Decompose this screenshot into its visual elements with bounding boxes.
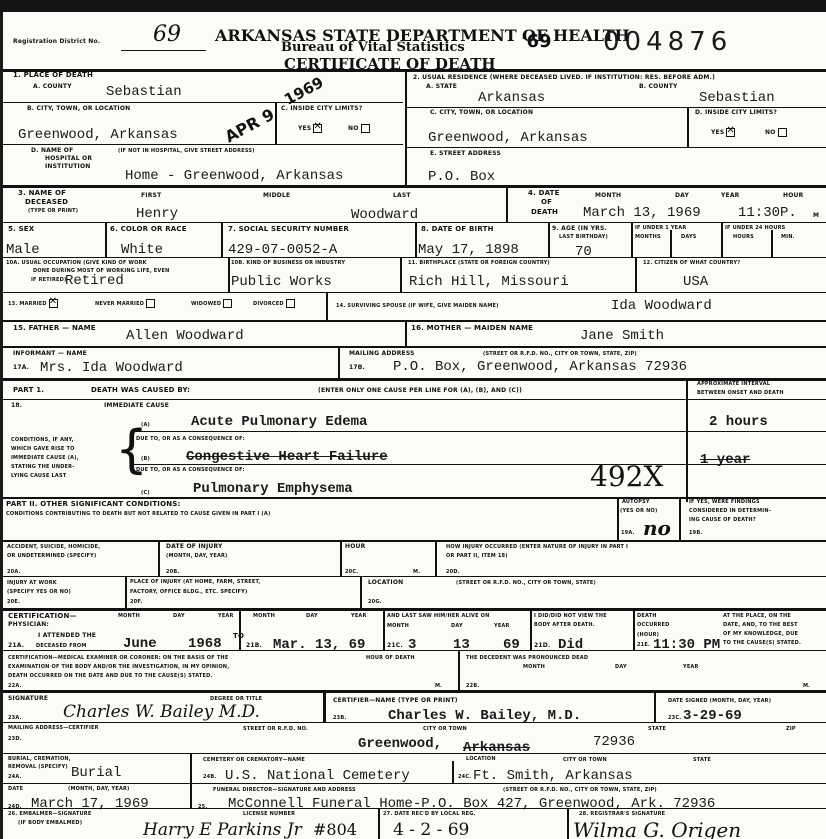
divider bbox=[3, 690, 826, 693]
residence-inside-yes[interactable]: YES bbox=[711, 128, 735, 137]
divider bbox=[133, 431, 826, 432]
residence-street: P.O. Box bbox=[428, 169, 495, 185]
first-label: FIRST bbox=[141, 192, 161, 199]
cert-21c-num: 21C. bbox=[387, 642, 403, 649]
pronounced-label: THE DECEDENT WAS PRONOUNCED DEAD bbox=[466, 655, 588, 661]
hospital-label-2: HOSPITAL OR bbox=[45, 155, 92, 162]
divider bbox=[3, 144, 403, 145]
certifier-state-label: STATE bbox=[648, 726, 666, 732]
divider bbox=[3, 346, 826, 348]
certifier-city-label: CITY OR TOWN bbox=[423, 726, 467, 732]
divider bbox=[3, 102, 403, 103]
registrar-signature: Wilma G. Origen bbox=[573, 818, 741, 839]
to-year-label: YEAR bbox=[351, 613, 367, 619]
mother-label: 16. MOTHER — MAIDEN NAME bbox=[411, 324, 533, 332]
divider bbox=[654, 690, 656, 722]
divider bbox=[3, 650, 826, 651]
cause-a: Acute Pulmonary Edema bbox=[191, 414, 367, 430]
license-label: LICENSE NUMBER bbox=[243, 811, 295, 817]
registrar-label: 28. REGISTRAR'S SIGNATURE bbox=[579, 811, 665, 817]
injury-work-label: INJURY AT WORK bbox=[7, 580, 57, 586]
last-day-label: DAY bbox=[451, 623, 463, 629]
to-month-label: MONTH bbox=[253, 613, 275, 619]
divider bbox=[125, 576, 127, 608]
checkbox-widowed[interactable] bbox=[223, 299, 232, 308]
due-to-label: DUE TO, OR AS A CONSEQUENCE OF: bbox=[136, 467, 245, 473]
hour-of-death-label: HOUR OF DEATH bbox=[366, 655, 415, 661]
me-label: CERTIFICATION—MEDICAL EXAMINER OR CORONE… bbox=[8, 655, 228, 661]
divider bbox=[3, 808, 826, 809]
min-label: MIN. bbox=[781, 234, 795, 240]
registration-district-no: 69 bbox=[153, 22, 181, 47]
last-year-label: YEAR bbox=[494, 623, 510, 629]
injury-date-label-2: (MONTH, DAY, YEAR) bbox=[166, 553, 228, 559]
divider bbox=[407, 107, 826, 108]
part2-label: PART II. OTHER SIGNIFICANT CONDITIONS: bbox=[6, 500, 181, 508]
how-injury-num: 20D. bbox=[446, 569, 460, 575]
certificate-number: 004876 bbox=[603, 27, 732, 57]
death-certificate: Registration District No. 69 ARKANSAS ST… bbox=[3, 12, 826, 839]
me-label-2: EXAMINATION OF THE BODY AND/OR THE INVES… bbox=[8, 664, 229, 670]
accident-num: 20A. bbox=[7, 569, 21, 575]
sex: Male bbox=[6, 242, 40, 258]
director-note: (STREET OR R.F.D. NO., CITY OR TOWN, STA… bbox=[503, 787, 657, 793]
citizen: USA bbox=[683, 274, 708, 290]
director-label: FUNERAL DIRECTOR—SIGNATURE AND ADDRESS bbox=[213, 787, 356, 793]
spouse-label: 14. SURVIVING SPOUSE (IF WIFE, GIVE MAID… bbox=[336, 303, 499, 309]
bureau-title: Bureau of Vital Statistics bbox=[281, 40, 465, 55]
age-label-2: LAST BIRTHDAY) bbox=[559, 234, 608, 240]
birthplace-label: 11. BIRTHPLACE (STATE OR FOREIGN COUNTRY… bbox=[408, 260, 550, 266]
burial-location-num: 24C. bbox=[458, 774, 471, 780]
divider bbox=[3, 257, 826, 258]
occurred-label-2: OCCURRED bbox=[637, 622, 670, 628]
divider bbox=[3, 753, 826, 754]
to-label: TO bbox=[233, 632, 244, 640]
cause-b-interval: 1 year bbox=[700, 452, 750, 468]
cert-21a-num: 21A. bbox=[8, 642, 24, 649]
residence-street-label: E. STREET ADDRESS bbox=[430, 150, 501, 157]
months-label: MONTHS bbox=[635, 234, 661, 240]
divider bbox=[133, 464, 826, 465]
divider bbox=[3, 399, 826, 400]
place-injury-label: PLACE OF INJURY (AT HOME, FARM, STREET, bbox=[130, 579, 261, 585]
month-label: MONTH bbox=[595, 192, 621, 199]
pronounced-month-label: MONTH bbox=[523, 664, 545, 670]
cause-c-label: (C) bbox=[141, 490, 150, 496]
divider bbox=[158, 540, 160, 576]
divider bbox=[405, 320, 407, 347]
occupation-label-3: IF RETIRED) bbox=[31, 277, 66, 283]
age-label: 9. AGE (IN YRS. bbox=[552, 225, 607, 232]
divider bbox=[3, 783, 826, 784]
inside-city-no[interactable]: NO bbox=[348, 124, 370, 133]
last-name: Woodward bbox=[351, 207, 418, 223]
residence-city: Greenwood, Arkansas bbox=[428, 130, 588, 146]
cause-b: Congestive Heart Failure bbox=[186, 449, 388, 465]
informant-mailing-address: P.O. Box, Greenwood, Arkansas 72936 bbox=[393, 359, 687, 375]
director-num: 25. bbox=[198, 804, 207, 810]
divider bbox=[275, 102, 277, 144]
divider bbox=[323, 690, 326, 722]
place-injury-label-2: FACTORY, OFFICE BLDG., ETC. SPECIFY) bbox=[130, 589, 247, 595]
divider bbox=[360, 576, 362, 608]
divider bbox=[3, 292, 826, 293]
residence-county: Sebastian bbox=[699, 90, 775, 106]
father-label: 15. FATHER — NAME bbox=[13, 324, 96, 332]
last-label: LAST bbox=[393, 192, 411, 199]
informant-num: 17A. bbox=[13, 364, 29, 371]
view-body-label-2: BODY AFTER DEATH. bbox=[534, 622, 595, 628]
divider bbox=[435, 540, 437, 576]
divider bbox=[407, 147, 826, 148]
business-label: 10B. KIND OF BUSINESS OR INDUSTRY bbox=[231, 260, 345, 266]
certifier-mailing-label: MAILING ADDRESS—CERTIFIER bbox=[8, 725, 99, 731]
year-label: YEAR bbox=[721, 192, 740, 199]
checkbox-yes-checked[interactable] bbox=[726, 128, 735, 137]
date-received: 4 - 2 - 69 bbox=[393, 820, 469, 839]
residence-inside-label: D. INSIDE CITY LIMITS? bbox=[695, 109, 777, 116]
autopsy-label: AUTOPSY bbox=[622, 499, 650, 505]
from-year-label: YEAR bbox=[218, 613, 234, 619]
date-of-death: March 13, 1969 bbox=[583, 205, 701, 221]
under24-label: IF UNDER 24 HOURS bbox=[725, 225, 785, 231]
caused-by-label: DEATH WAS CAUSED BY: bbox=[91, 386, 190, 394]
death-county: Sebastian bbox=[106, 84, 182, 100]
divider bbox=[405, 71, 407, 185]
cause-instruction: (ENTER ONLY ONE CAUSE PER LINE FOR (A), … bbox=[318, 387, 522, 394]
due-to-label: DUE TO, OR AS A CONSEQUENCE OF: bbox=[136, 436, 245, 442]
divider bbox=[3, 69, 826, 72]
physician-signature: Charles W. Bailey M.D. bbox=[63, 702, 260, 722]
father: Allen Woodward bbox=[126, 328, 244, 344]
dod-label-2: OF bbox=[541, 198, 552, 206]
interval-label: APPROXIMATE INTERVAL bbox=[697, 381, 770, 387]
to-day-label: DAY bbox=[306, 613, 318, 619]
injury-location-note: (STREET OR R.F.D. NO., CITY OR TOWN, STA… bbox=[456, 580, 596, 586]
autopsy-value: no bbox=[643, 516, 671, 540]
cause-code: 492X bbox=[590, 460, 663, 493]
hour-suffix: M bbox=[813, 212, 819, 219]
certification-label: CERTIFICATION— bbox=[8, 612, 77, 620]
mailing-label: MAILING ADDRESS bbox=[349, 350, 415, 357]
business: Public Works bbox=[231, 274, 332, 290]
divider bbox=[3, 608, 826, 611]
days-label: DAYS bbox=[681, 234, 697, 240]
from-month-label: MONTH bbox=[118, 613, 140, 619]
pronounced-day-label: DAY bbox=[615, 664, 627, 670]
first-name: Henry bbox=[136, 206, 178, 222]
day-label: DAY bbox=[675, 192, 689, 199]
checkbox-divorced[interactable] bbox=[286, 299, 295, 308]
certifier-zip-label: ZIP bbox=[786, 726, 796, 732]
checkbox-no[interactable] bbox=[778, 128, 787, 137]
county-label: A. COUNTY bbox=[33, 83, 72, 90]
divider bbox=[239, 610, 241, 650]
checkbox-yes-checked[interactable] bbox=[313, 124, 322, 133]
cert-22b-num: 22B. bbox=[466, 683, 479, 689]
divider bbox=[633, 610, 635, 650]
divider bbox=[378, 808, 380, 839]
injury-location-num: 20G. bbox=[368, 599, 382, 605]
date-signed-label: DATE SIGNED (MONTH, DAY, YEAR) bbox=[668, 698, 771, 704]
injury-hour-num: 20C. bbox=[345, 569, 358, 575]
name-label: 3. NAME OF bbox=[18, 189, 66, 197]
injury-hour-m: M. bbox=[413, 569, 420, 575]
license-number: #804 bbox=[313, 820, 357, 839]
funeral-director: McConnell Funeral Home-P.O. Box 427, Gre… bbox=[228, 796, 715, 812]
findings-num: 19B. bbox=[689, 530, 702, 536]
cause-a-label: (A) bbox=[141, 422, 150, 428]
citizen-label: 12. CITIZEN OF WHAT COUNTRY? bbox=[643, 260, 740, 266]
hospital-label: D. NAME OF bbox=[31, 147, 73, 154]
cemetery-name: U.S. National Cemetery bbox=[225, 768, 410, 784]
injury-work-label-2: (SPECIFY YES OR NO) bbox=[7, 589, 71, 595]
residence-city-label: C. CITY, TOWN, OR LOCATION bbox=[430, 109, 533, 116]
burial-location-label: LOCATION bbox=[466, 756, 496, 762]
divider bbox=[400, 257, 402, 292]
cause-c: Pulmonary Emphysema bbox=[193, 481, 353, 497]
burial-state-label: STATE bbox=[693, 757, 711, 763]
burial-date-label: DATE bbox=[8, 786, 23, 792]
divider bbox=[415, 222, 417, 257]
residence-county-label: B. COUNTY bbox=[639, 83, 678, 90]
divider bbox=[221, 222, 223, 257]
burial-num: 24A. bbox=[8, 774, 22, 780]
death-hospital: Home - Greenwood, Arkansas bbox=[125, 168, 343, 184]
inside-city-label: C. INSIDE CITY LIMITS? bbox=[281, 105, 362, 112]
inside-city-yes[interactable]: YES bbox=[298, 124, 322, 133]
informant: Mrs. Ida Woodward bbox=[40, 360, 183, 376]
race-label: 6. COLOR OR RACE bbox=[110, 225, 187, 233]
divider bbox=[721, 222, 723, 257]
burial-label: BURIAL, CREMATION, bbox=[8, 756, 71, 762]
ssn-label: 7. SOCIAL SECURITY NUMBER bbox=[228, 225, 349, 233]
cause-a-interval: 2 hours bbox=[709, 414, 768, 430]
from-day-label: DAY bbox=[173, 613, 185, 619]
injury-location-label: LOCATION bbox=[368, 579, 403, 586]
certifier-label: CERTIFIER—NAME (TYPE OR PRINT) bbox=[333, 697, 458, 704]
deceased-from-label: DECEASED FROM bbox=[36, 643, 87, 649]
checkbox-married-checked[interactable] bbox=[49, 299, 58, 308]
divider bbox=[617, 497, 619, 541]
cause-b-label: (B) bbox=[141, 456, 150, 462]
burial-date: March 17, 1969 bbox=[31, 796, 149, 812]
last-month-label: MONTH bbox=[387, 623, 409, 629]
disposition-method: Burial bbox=[71, 765, 121, 781]
last-saw-label: AND LAST SAW HIM/HER ALIVE ON bbox=[387, 613, 489, 619]
cert-21e-num: 21E. bbox=[637, 642, 650, 648]
dod-label-3: DEATH bbox=[531, 208, 558, 216]
injury-date-label: DATE OF INJURY bbox=[166, 543, 223, 550]
divider bbox=[340, 540, 342, 576]
cert-21d-num: 21D. bbox=[534, 642, 550, 649]
burial-label-2: REMOVAL (SPECIFY) bbox=[8, 764, 68, 770]
street-label: STREET OR R.F.D. NO. bbox=[243, 726, 308, 732]
hospital-note: (IF NOT IN HOSPITAL, GIVE STREET ADDRESS… bbox=[118, 148, 255, 154]
divider bbox=[105, 222, 107, 257]
injury-hour-label: HOUR bbox=[345, 543, 365, 550]
divider bbox=[686, 378, 688, 502]
cert-21b-num: 21B. bbox=[246, 642, 262, 649]
cert-23c-num: 23C. bbox=[668, 715, 681, 721]
burial-date-num: 24D. bbox=[8, 804, 22, 810]
hospital-label-3: INSTITUTION bbox=[45, 163, 91, 170]
pronounced-m-label: M. bbox=[803, 683, 810, 689]
informant-label: INFORMANT — NAME bbox=[13, 350, 87, 357]
me-label-3: DEATH OCCURRED ON THE DATE AND DUE TO TH… bbox=[8, 673, 213, 679]
cert-23b-num: 23B. bbox=[333, 715, 346, 721]
embalmer-label-2: (IF BODY EMBALMED) bbox=[18, 820, 82, 826]
divider bbox=[771, 230, 773, 257]
burial-location: Ft. Smith, Arkansas bbox=[473, 768, 633, 784]
how-injury-label-2: OR PART II, ITEM 18) bbox=[446, 553, 508, 559]
interval-label-2: BETWEEN ONSET AND DEATH bbox=[697, 390, 784, 396]
injury-date-num: 20B. bbox=[166, 569, 179, 575]
cemetery-num: 24B. bbox=[203, 774, 216, 780]
cert-23a-num: 23A. bbox=[8, 715, 22, 721]
accident-label-2: OR UNDETERMINED (SPECIFY) bbox=[7, 553, 96, 559]
divider bbox=[121, 50, 206, 51]
divider bbox=[228, 257, 230, 292]
residence-label: 2. USUAL RESIDENCE (WHERE DECEASED LIVED… bbox=[413, 74, 715, 81]
occupation-label: 10A. USUAL OCCUPATION (GIVE KIND OF WORK bbox=[6, 260, 147, 266]
divider bbox=[326, 292, 328, 320]
divider bbox=[383, 610, 385, 650]
registration-district-label: Registration District No. bbox=[13, 38, 100, 45]
occurred-label: DEATH bbox=[637, 613, 657, 619]
divider bbox=[635, 257, 637, 292]
divider bbox=[530, 610, 532, 650]
never-married-option[interactable]: NEVER MARRIED bbox=[95, 299, 155, 308]
physician-label: PHYSICIAN: bbox=[8, 621, 49, 628]
hour-of-death: 11:30P. bbox=[738, 205, 797, 221]
place-note: AT THE PLACE, ON THE DATE, AND, TO THE B… bbox=[723, 613, 801, 646]
divider bbox=[3, 320, 826, 322]
divider bbox=[3, 722, 826, 723]
burial-date-note: (MONTH, DAY, YEAR) bbox=[68, 786, 130, 792]
part2-note: CONDITIONS CONTRIBUTING TO DEATH BUT NOT… bbox=[6, 511, 270, 517]
received-stamp-year: 1969 bbox=[281, 73, 326, 108]
divorced-option[interactable]: DIVORCED bbox=[253, 299, 295, 308]
ssn: 429-07-0052-A bbox=[228, 242, 337, 258]
certifier-city: Greenwood, bbox=[358, 736, 442, 752]
sex-label: 5. SEX bbox=[8, 225, 34, 233]
death-city: Greenwood, Arkansas bbox=[18, 127, 178, 143]
divider bbox=[631, 222, 633, 257]
embalmer-label: 26. EMBALMER—SIGNATURE bbox=[8, 811, 91, 817]
dod-label: 4. DATE bbox=[528, 189, 560, 197]
divider bbox=[3, 540, 826, 542]
autopsy-label-2: (YES OR NO) bbox=[620, 508, 657, 514]
divider bbox=[190, 753, 192, 808]
cert-23d-num: 23D. bbox=[8, 736, 22, 742]
divider bbox=[670, 230, 672, 257]
under1-label: IF UNDER 1 YEAR bbox=[635, 225, 686, 231]
part1-label: PART 1. bbox=[13, 386, 44, 394]
hour-label: HOUR bbox=[783, 192, 803, 199]
middle-label: MIDDLE bbox=[263, 192, 290, 199]
spouse: Ida Woodward bbox=[611, 298, 712, 314]
divider bbox=[679, 497, 681, 541]
divider bbox=[452, 761, 454, 783]
mailing-num: 17B. bbox=[349, 364, 365, 371]
autopsy-num: 19A. bbox=[621, 530, 635, 536]
accident-label: ACCIDENT, SUICIDE, HOMICIDE, bbox=[7, 544, 100, 550]
checkbox-no[interactable] bbox=[361, 124, 370, 133]
divider bbox=[3, 185, 826, 188]
received-stamp-date: APR 9 bbox=[222, 105, 278, 147]
name-label-3: (TYPE OR PRINT) bbox=[28, 208, 78, 214]
divider bbox=[338, 346, 340, 378]
year-stamp: '69 bbox=[521, 31, 552, 52]
findings-label-3: ING CAUSE OF DEATH? bbox=[689, 517, 756, 523]
race: White bbox=[121, 242, 163, 258]
name-label-2: DECEASED bbox=[25, 198, 68, 206]
residence-inside-no[interactable]: NO bbox=[765, 128, 787, 137]
certifier-zip: 72936 bbox=[593, 734, 635, 750]
residence-state: Arkansas bbox=[478, 90, 545, 106]
hour-m-label: M. bbox=[435, 683, 442, 689]
cert-22a-num: 22A. bbox=[8, 683, 22, 689]
place-injury-num: 20F. bbox=[130, 599, 142, 605]
mother: Jane Smith bbox=[580, 328, 664, 344]
city-label: B. CITY, TOWN, OR LOCATION bbox=[27, 105, 130, 112]
findings-label-2: CONSIDERED IN DETERMIN- bbox=[689, 508, 771, 514]
cemetery-label: CEMETERY OR CREMATORY—NAME bbox=[203, 757, 305, 763]
divider bbox=[548, 222, 550, 257]
attended-label: I ATTENDED THE bbox=[38, 632, 96, 639]
checkbox-never-married[interactable] bbox=[146, 299, 155, 308]
dob-label: 8. DATE OF BIRTH bbox=[421, 225, 494, 233]
residence-state-label: A. STATE bbox=[426, 83, 457, 90]
occupation: Retired bbox=[65, 273, 124, 289]
view-body-label: I DID/DID NOT VIEW THE bbox=[534, 613, 607, 619]
divider bbox=[567, 808, 569, 839]
item-18-label: 18. bbox=[11, 402, 22, 409]
signature-label: SIGNATURE bbox=[8, 695, 48, 702]
place-of-death-label: 1. PLACE OF DEATH bbox=[13, 71, 93, 79]
pronounced-year-label: YEAR bbox=[683, 664, 699, 670]
birthplace: Rich Hill, Missouri bbox=[409, 274, 569, 290]
widowed-option[interactable]: WIDOWED bbox=[191, 299, 232, 308]
divider bbox=[458, 650, 460, 690]
mailing-note: (STREET OR R.F.D. NO., CITY OR TOWN, STA… bbox=[483, 351, 637, 357]
injury-work-num: 20E. bbox=[7, 599, 20, 605]
date-received-label: 27. DATE REC'D BY LOCAL REG. bbox=[383, 811, 476, 817]
divider bbox=[687, 107, 689, 147]
embalmer-signature: Harry E Parkins Jr bbox=[143, 820, 302, 839]
how-injury-label: HOW INJURY OCCURRED (ENTER NATURE OF INJ… bbox=[446, 544, 628, 550]
married-option[interactable]: 13. MARRIED bbox=[8, 299, 58, 308]
findings-label: IF YES, WERE FINDINGS bbox=[689, 499, 760, 505]
divider bbox=[506, 188, 508, 223]
hours-label: HOURS bbox=[733, 234, 754, 240]
date-of-birth: May 17, 1898 bbox=[418, 242, 519, 258]
burial-city-label: CITY OR TOWN bbox=[563, 757, 607, 763]
conditions-label: CONDITIONS, IF ANY, WHICH GAVE RISE TO I… bbox=[11, 437, 79, 479]
immediate-cause-label: IMMEDIATE CAUSE bbox=[104, 402, 169, 409]
